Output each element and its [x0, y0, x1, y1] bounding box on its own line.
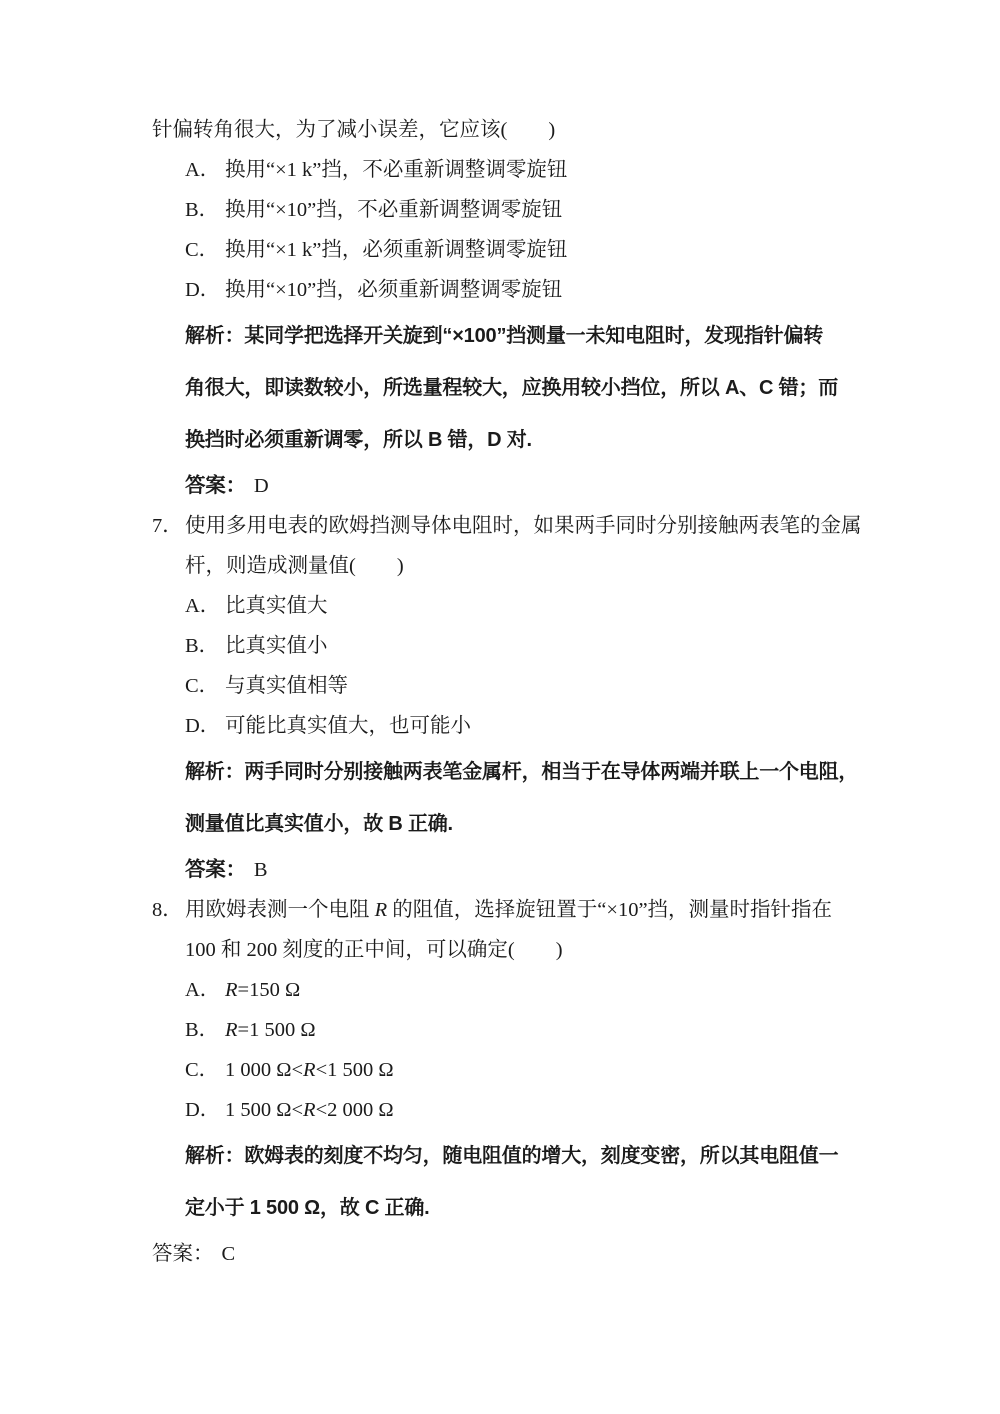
analysis-text: 两手同时分别接触两表笔金属杆，相当于在导体两端并联上一个电阻，	[244, 761, 858, 783]
option-text: 与真实值相等	[225, 675, 348, 697]
question8-analysis-line: 解析：欧姆表的刻度不均匀，随电阻值的增大，刻度变密，所以其电阻值一	[185, 1130, 860, 1182]
option-text: =1 500 Ω	[238, 1019, 316, 1041]
option-text: 换用“×1 k”挡，必须重新调整调零旋钮	[225, 239, 567, 261]
variable-r: R	[375, 899, 388, 921]
option-label: B．	[185, 190, 225, 230]
variable-r: R	[225, 979, 238, 1001]
option-label: C．	[185, 1050, 225, 1090]
answer-value: B	[254, 859, 268, 881]
option-text: <1 500 Ω	[316, 1059, 394, 1081]
question8-stem-continuation: 100 和 200 刻度的正中间，可以确定( )	[185, 930, 860, 970]
option-label: C．	[185, 230, 225, 270]
question7-option-b: B．比真实值小	[185, 626, 860, 666]
analysis-label: 解析：	[185, 1145, 244, 1167]
analysis-label: 解析：	[185, 761, 244, 783]
question7-answer-line: 答案：B	[185, 850, 860, 890]
question7-option-a: A．比真实值大	[185, 586, 860, 626]
stem-text: 使用多用电表的欧姆挡测导体电阻时，如果两手同时分别接触两表笔的金属	[185, 515, 862, 537]
question6-option-c: C．换用“×1 k”挡，必须重新调整调零旋钮	[185, 230, 860, 270]
analysis-text: 欧姆表的刻度不均匀，随电阻值的增大，刻度变密，所以其电阻值一	[244, 1145, 838, 1167]
option-text: 换用“×10”挡，不必重新调整调零旋钮	[225, 199, 562, 221]
question8-option-a: A．R=150 Ω	[185, 970, 860, 1010]
option-text: 比真实值小	[225, 635, 328, 657]
stem-text: 用欧姆表测一个电阻	[185, 899, 375, 921]
document-page: 针偏转角很大，为了减小误差，它应该( ) A．换用“×1 k”挡，不必重新调整调…	[0, 0, 1000, 1414]
question6-analysis-line: 换挡时必须重新调零，所以 B 错，D 对.	[185, 414, 860, 466]
question8-stem-line: 8．用欧姆表测一个电阻 R 的阻值，选择旋钮置于“×10”挡，测量时指针指在	[152, 890, 860, 930]
question8-answer-line: 答案：C	[152, 1234, 860, 1274]
question6-option-b: B．换用“×10”挡，不必重新调整调零旋钮	[185, 190, 860, 230]
variable-r: R	[225, 1019, 238, 1041]
option-text: 比真实值大	[225, 595, 328, 617]
option-label: C．	[185, 666, 225, 706]
question6-option-d: D．换用“×10”挡，必须重新调整调零旋钮	[185, 270, 860, 310]
option-text: <2 000 Ω	[316, 1099, 394, 1121]
answer-label: 答案：	[152, 1243, 214, 1265]
analysis-text: 某同学把选择开关旋到“×100”挡测量一未知电阻时，发现指针偏转	[244, 325, 823, 347]
question6-answer-line: 答案：D	[185, 466, 860, 506]
question6-analysis-line: 角很大，即读数较小，所选量程较大，应换用较小挡位，所以 A、C 错；而	[185, 362, 860, 414]
question6-stem-continuation: 针偏转角很大，为了减小误差，它应该( )	[152, 110, 860, 150]
option-text: 换用“×1 k”挡，不必重新调整调零旋钮	[225, 159, 567, 181]
question7-stem-continuation: 杆，则造成测量值( )	[185, 546, 860, 586]
option-label: A．	[185, 150, 225, 190]
answer-label: 答案：	[185, 474, 246, 497]
question6-option-a: A．换用“×1 k”挡，不必重新调整调零旋钮	[185, 150, 860, 190]
analysis-label: 解析：	[185, 325, 244, 347]
question7-option-d: D．可能比真实值大，也可能小	[185, 706, 860, 746]
question-number: 7．	[152, 506, 185, 546]
variable-r: R	[303, 1099, 316, 1121]
option-text: 换用“×10”挡，必须重新调整调零旋钮	[225, 279, 562, 301]
question8-analysis-line: 定小于 1 500 Ω，故 C 正确.	[185, 1182, 860, 1234]
option-text: 可能比真实值大，也可能小	[225, 715, 471, 737]
answer-value: D	[254, 475, 269, 497]
option-text: 1 500 Ω<	[225, 1099, 303, 1121]
question8-option-c: C．1 000 Ω<R<1 500 Ω	[185, 1050, 860, 1090]
option-label: B．	[185, 626, 225, 666]
option-label: D．	[185, 706, 225, 746]
question7-analysis-line: 解析：两手同时分别接触两表笔金属杆，相当于在导体两端并联上一个电阻，	[185, 746, 860, 798]
stem-text: 的阻值，选择旋钮置于“×10”挡，测量时指针指在	[387, 899, 832, 921]
question8-option-b: B．R=1 500 Ω	[185, 1010, 860, 1050]
option-text: =150 Ω	[238, 979, 301, 1001]
answer-value: C	[222, 1243, 236, 1265]
question7-analysis-line: 测量值比真实值小，故 B 正确.	[185, 798, 860, 850]
question7-stem-line: 7．使用多用电表的欧姆挡测导体电阻时，如果两手同时分别接触两表笔的金属	[152, 506, 860, 546]
answer-label: 答案：	[185, 858, 246, 881]
option-label: A．	[185, 586, 225, 626]
option-text: 1 000 Ω<	[225, 1059, 303, 1081]
option-label: D．	[185, 270, 225, 310]
option-label: A．	[185, 970, 225, 1010]
variable-r: R	[303, 1059, 316, 1081]
question7-option-c: C．与真实值相等	[185, 666, 860, 706]
question8-option-d: D．1 500 Ω<R<2 000 Ω	[185, 1090, 860, 1130]
question-number: 8．	[152, 890, 185, 930]
question6-analysis-line: 解析：某同学把选择开关旋到“×100”挡测量一未知电阻时，发现指针偏转	[185, 310, 860, 362]
option-label: B．	[185, 1010, 225, 1050]
option-label: D．	[185, 1090, 225, 1130]
